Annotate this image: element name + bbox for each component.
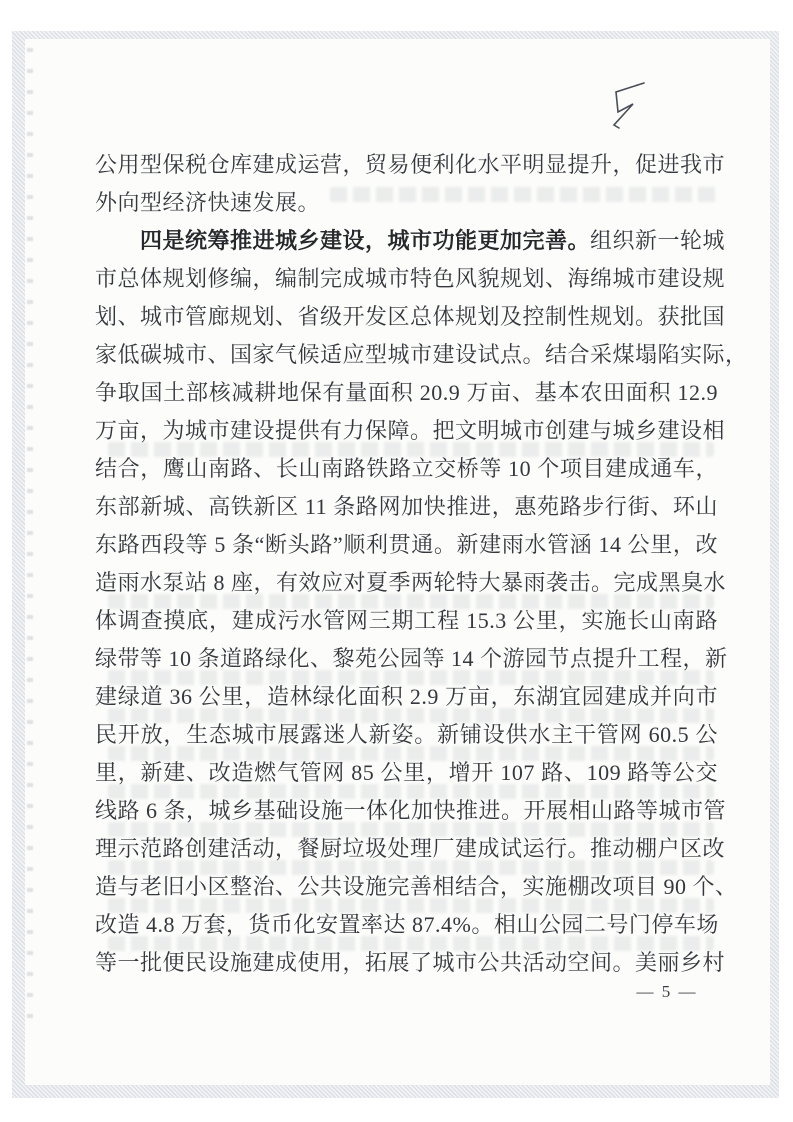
text-line: 绿带等 10 条道路绿化、黎苑公园等 14 个游园节点提升工程，新 [95, 640, 718, 678]
text-line: 结合，鹰山南路、长山南路铁路立交桥等 10 个项目建成通车， [95, 450, 718, 488]
text-line: 民开放，生态城市展露迷人新姿。新铺设供水主干管网 60.5 公 [95, 716, 718, 754]
text-line: 万亩，为城市建设提供有力保障。把文明城市创建与城乡建设相 [95, 412, 718, 450]
text-line: 四是统筹推进城乡建设，城市功能更加完善。组织新一轮城 [95, 222, 718, 260]
scanned-page: 5 公用型保税仓库建成运营，贸易便利化水平明显提升，促进我市外向型经济快速发展。… [0, 0, 793, 1122]
text-line: 市总体规划修编，编制完成城市特色风貌规划、海绵城市建设规 [95, 260, 718, 298]
text-line: 理示范路创建活动，餐厨垃圾处理厂建成试运行。推动棚户区改 [95, 830, 718, 868]
text-line: 划、城市管廊规划、省级开发区总体规划及控制性规划。获批国 [95, 298, 718, 336]
margin-bleed-artifact [27, 48, 33, 1033]
text-line: 外向型经济快速发展。 [95, 184, 718, 222]
text-line: 公用型保税仓库建成运营，贸易便利化水平明显提升，促进我市 [95, 146, 718, 184]
text-line: 体调查摸底，建成污水管网三期工程 15.3 公里，实施长山南路 [95, 602, 718, 640]
text-line: 建绿道 36 公里，造林绿化面积 2.9 万亩，东湖宜园建成并向市 [95, 678, 718, 716]
handwritten-page-number: 5 [598, 66, 662, 138]
text-line: 改造 4.8 万套，货币化安置率达 87.4%。相山公园二号门停车场 [95, 906, 718, 944]
text-line: 东部新城、高铁新区 11 条路网加快推进，惠苑路步行街、环山 [95, 488, 718, 526]
text-line: 里，新建、改造燃气管网 85 公里，增开 107 路、109 路等公交 [95, 754, 718, 792]
page-number: — 5 — [612, 982, 722, 1002]
text-line: 线路 6 条，城乡基础设施一体化加快推进。开展相山路等城市管 [95, 792, 718, 830]
bold-section-heading: 四是统筹推进城乡建设，城市功能更加完善。 [140, 228, 590, 253]
text-line: 东路西段等 5 条“断头路”顺利贯通。新建雨水管涵 14 公里，改 [95, 526, 718, 564]
pen-stroke-5-icon [598, 66, 662, 138]
text-line: 家低碳城市、国家气候适应型城市建设试点。结合采煤塌陷实际， [95, 336, 718, 374]
text-line: 造雨水泵站 8 座，有效应对夏季两轮特大暴雨袭击。完成黑臭水 [95, 564, 718, 602]
text-line: 造与老旧小区整治、公共设施完善相结合，实施棚改项目 90 个、 [95, 868, 718, 906]
document-body: 公用型保税仓库建成运营，贸易便利化水平明显提升，促进我市外向型经济快速发展。四是… [95, 146, 718, 982]
text-line: 争取国土部核减耕地保有量面积 20.9 万亩、基本农田面积 12.9 [95, 374, 718, 412]
text-line: 等一批便民设施建成使用，拓展了城市公共活动空间。美丽乡村 [95, 944, 718, 982]
